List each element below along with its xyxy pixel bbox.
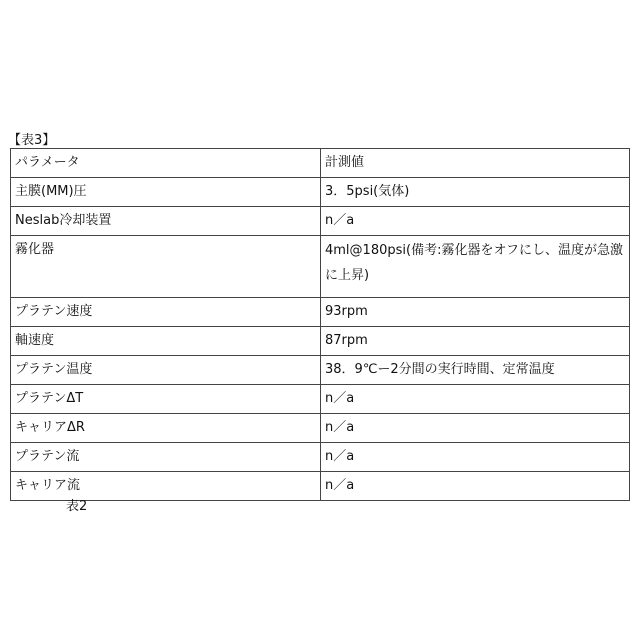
parameter-cell: 軸速度: [11, 327, 321, 356]
value-cell: n／a: [321, 443, 630, 472]
header-parameter: パラメータ: [11, 149, 321, 178]
parameter-cell: 主膜(MM)圧: [11, 178, 321, 207]
table-row: プラテン温度 38．9℃ー2分間の実行時間、定常温度: [11, 356, 630, 385]
table-header-row: パラメータ 計測値: [11, 149, 630, 178]
table-row: 主膜(MM)圧 3．5psi(気体): [11, 178, 630, 207]
value-cell: 93rpm: [321, 298, 630, 327]
table-row: 霧化器 4ml@180psi(備考:霧化器をオフにし、温度が急激に上昇): [11, 236, 630, 298]
value-cell: n／a: [321, 472, 630, 501]
value-cell: n／a: [321, 385, 630, 414]
value-cell: 3．5psi(気体): [321, 178, 630, 207]
value-cell: n／a: [321, 207, 630, 236]
parameter-cell: Neslab冷却装置: [11, 207, 321, 236]
parameter-cell: キャリアΔR: [11, 414, 321, 443]
value-cell: 4ml@180psi(備考:霧化器をオフにし、温度が急激に上昇): [321, 236, 630, 298]
table-row: プラテン速度 93rpm: [11, 298, 630, 327]
table-caption: 表2: [66, 495, 87, 514]
table-row: プラテン流 n／a: [11, 443, 630, 472]
table-title: 【表3】: [8, 129, 55, 148]
value-cell: 87rpm: [321, 327, 630, 356]
table-row: プラテンΔT n／a: [11, 385, 630, 414]
table-row: キャリア流 n／a: [11, 472, 630, 501]
measurement-table: パラメータ 計測値 主膜(MM)圧 3．5psi(気体) Neslab冷却装置 …: [10, 148, 630, 501]
value-cell: 38．9℃ー2分間の実行時間、定常温度: [321, 356, 630, 385]
parameter-cell: 霧化器: [11, 236, 321, 298]
parameter-cell: プラテン流: [11, 443, 321, 472]
table-row: キャリアΔR n／a: [11, 414, 630, 443]
table-row: 軸速度 87rpm: [11, 327, 630, 356]
header-measured-value: 計測値: [321, 149, 630, 178]
table-row: Neslab冷却装置 n／a: [11, 207, 630, 236]
parameter-cell: プラテンΔT: [11, 385, 321, 414]
parameter-cell: プラテン速度: [11, 298, 321, 327]
value-cell: n／a: [321, 414, 630, 443]
parameter-cell: プラテン温度: [11, 356, 321, 385]
parameter-cell: キャリア流: [11, 472, 321, 501]
